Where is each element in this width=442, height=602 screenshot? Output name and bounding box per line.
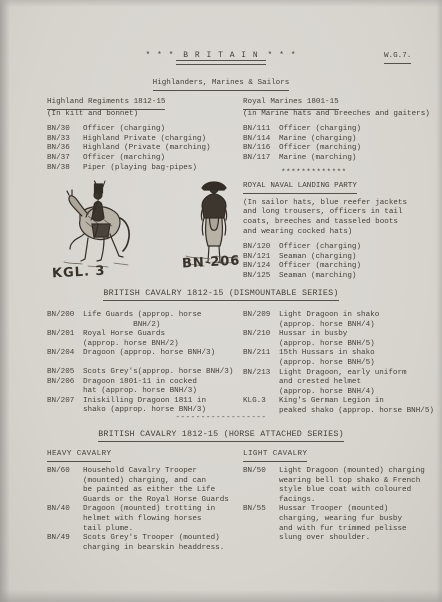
page-reference-code: W.G.7.: [384, 52, 411, 64]
item-code: BN/37: [47, 154, 79, 164]
item-code: BN/55: [243, 505, 275, 515]
page-edge-shadow-top: [0, 0, 442, 7]
item-code: BN/204: [47, 349, 79, 359]
light-cavalry-list: BN/50 Light Dragoon (mounted) charging w…: [243, 467, 442, 544]
page-title: * * * B R I T A I N * * *: [0, 51, 442, 61]
item-code: KLG.3: [243, 397, 275, 407]
section-title-text: Highland Regiments 1812-15: [47, 98, 165, 110]
list-item: BN/33 Highland Private (charging): [47, 135, 243, 145]
item-desc: Piper (playing bag-pipes): [83, 164, 243, 174]
item-desc: Highland Private (charging): [83, 135, 243, 145]
item-desc: Dragoon (mounted) trotting in helmet wit…: [83, 505, 247, 534]
list-item: BN/40 Dragoon (mounted) trotting in helm…: [47, 505, 247, 534]
list-item: BN/205 Scots Grey's(approp. horse BNH/3): [47, 368, 243, 378]
item-code: BN/116: [243, 144, 275, 154]
item-code: BN/38: [47, 164, 79, 174]
item-code: BN/207: [47, 397, 79, 407]
item-desc: Officer (charging): [83, 125, 243, 135]
item-desc: Officer (marching): [279, 144, 442, 154]
title-stars-left: * * *: [145, 51, 174, 60]
dash-separator: ------------------: [0, 414, 442, 424]
item-desc: Royal Horse Guards (approp. horse BNH/2): [83, 330, 243, 349]
item-desc: Dragoon 1801-11 in cocked hat (approp. h…: [83, 378, 243, 397]
scanned-catalog-page: * * * B R I T A I N * * * W.G.7. Highlan…: [0, 0, 442, 602]
item-code: BN/209: [243, 311, 275, 321]
item-desc: Scots Grey's(approp. horse BNH/3): [83, 368, 243, 378]
list-item: BN/121 Seaman (charging): [243, 253, 442, 263]
list-item: BN/37 Officer (marching): [47, 154, 243, 164]
item-code: BN/50: [243, 467, 275, 477]
list-item: BN/114 Marine (charging): [243, 135, 442, 145]
list-item: BN/213 Light Dragoon, early uniform and …: [243, 369, 442, 398]
item-desc: Officer (charging): [279, 125, 442, 135]
section-title: Royal Marines 1801-15: [243, 98, 442, 110]
section-heading-horse-attached: BRITISH CAVALRY 1812-15 (HORSE ATTACHED …: [0, 430, 442, 442]
section-royal-marines: Royal Marines 1801-15 (in Marine hats an…: [243, 98, 442, 282]
item-desc: Highland (Private (marching): [83, 144, 243, 154]
title-stars-right: * * *: [268, 51, 297, 60]
list-item: BN/200 Life Guards (approp. horse BNH/2): [47, 311, 243, 330]
list-item: BN/50 Light Dragoon (mounted) charging w…: [243, 467, 442, 505]
column-heading-text: LIGHT CAVALRY: [243, 450, 307, 462]
item-code: BN/211: [243, 349, 275, 359]
item-desc: Household Cavalry Trooper (mounted) char…: [83, 467, 247, 505]
item-code: BN/40: [47, 505, 79, 515]
list-item: BN/55 Hussar Trooper (mounted) charging,…: [243, 505, 442, 543]
section-title-text: ROYAL NAVAL LANDING PARTY: [243, 182, 357, 194]
page-subtitle: Highlanders, Marines & Sailors: [0, 79, 442, 91]
item-code: BN/213: [243, 369, 275, 379]
section-note: (in Marine hats and breeches and gaiters…: [243, 110, 442, 120]
cavalry-sketch-side-view: [58, 180, 158, 274]
list-item: BN/210 Hussar in busby (approp. horse BN…: [243, 330, 442, 349]
item-code: BN/210: [243, 330, 275, 340]
page-subtitle-text: Highlanders, Marines & Sailors: [153, 79, 290, 91]
item-code: BN/205: [47, 368, 79, 378]
item-desc: Light Dragoon in shako (approp. horse BN…: [279, 311, 442, 330]
item-code: BN/111: [243, 125, 275, 135]
dismountable-left-column: BN/200 Life Guards (approp. horse BNH/2)…: [47, 311, 243, 416]
item-desc: Light Dragoon (mounted) charging wearing…: [279, 467, 442, 505]
item-code: BN/117: [243, 154, 275, 164]
item-code: BN/30: [47, 125, 79, 135]
asterisk-separator: *************: [243, 169, 442, 179]
section-heading-text: BRITISH CAVALRY 1812-15 (DISMOUNTABLE SE…: [103, 289, 338, 301]
item-desc: Scots Grey's Trooper (mounted) charging …: [83, 534, 247, 553]
item-code: BN/60: [47, 467, 79, 477]
item-code: BN/200: [47, 311, 79, 321]
dismountable-right-column: BN/209 Light Dragoon in shako (approp. h…: [243, 311, 442, 417]
list-item: BN/125 Seaman (marching): [243, 272, 442, 282]
item-desc: Officer (marching): [279, 262, 442, 272]
list-item: BN/201 Royal Horse Guards (approp. horse…: [47, 330, 243, 349]
list-item: BN/206 Dragoon 1801-11 in cocked hat (ap…: [47, 378, 243, 397]
list-item: BN/36 Highland (Private (marching): [47, 144, 243, 154]
item-code: BN/114: [243, 135, 275, 145]
heavy-cavalry-list: BN/60 Household Cavalry Trooper (mounted…: [47, 467, 247, 553]
column-heading-light-cavalry: LIGHT CAVALRY: [243, 450, 307, 462]
handwritten-label-kgl3: KGL. 3: [52, 267, 106, 279]
title-text: B R I T A I N: [180, 51, 261, 61]
section-heading-text: BRITISH CAVALRY 1812-15 (HORSE ATTACHED …: [98, 430, 344, 442]
item-desc: Life Guards (approp. horse BNH/2): [83, 311, 243, 330]
item-desc: Hussar Trooper (mounted) charging, weari…: [279, 505, 442, 543]
column-heading-heavy-cavalry: HEAVY CAVALRY: [47, 450, 111, 462]
section-note: (In sailor hats, blue reefer jackets and…: [243, 199, 442, 237]
item-desc: Officer (charging): [279, 243, 442, 253]
item-desc: Seaman (charging): [279, 253, 442, 263]
list-item: BN/211 15th Hussars in shako (approp. ho…: [243, 349, 442, 368]
item-desc: Seaman (marching): [279, 272, 442, 282]
list-item: BN/111 Officer (charging): [243, 125, 442, 135]
item-code: BN/33: [47, 135, 79, 145]
section-title: Highland Regiments 1812-15: [47, 98, 243, 110]
list-item: BN/38 Piper (playing bag-pipes): [47, 164, 243, 174]
section-heading-dismountable: BRITISH CAVALRY 1812-15 (DISMOUNTABLE SE…: [0, 289, 442, 301]
section-title-text: Royal Marines 1801-15: [243, 98, 339, 110]
column-heading-text: HEAVY CAVALRY: [47, 450, 111, 462]
list-item: BN/117 Marine (marching): [243, 154, 442, 164]
item-code: BN/49: [47, 534, 79, 544]
list-item: BN/124 Officer (marching): [243, 262, 442, 272]
naval-item-list: BN/120 Officer (charging) BN/121 Seaman …: [243, 243, 442, 281]
item-code: BN/36: [47, 144, 79, 154]
section-title: ROYAL NAVAL LANDING PARTY: [243, 182, 442, 194]
list-item: BN/49 Scots Grey's Trooper (mounted) cha…: [47, 534, 247, 553]
list-item: BN/30 Officer (charging): [47, 125, 243, 135]
section-note: (In kilt and bonnet): [47, 110, 243, 120]
item-code: BN/201: [47, 330, 79, 340]
list-item: BN/204 Dragoon (approp. horse BNH/3): [47, 349, 243, 359]
item-code: BN/206: [47, 378, 79, 388]
item-desc: Marine (charging): [279, 135, 442, 145]
item-desc: Marine (marching): [279, 154, 442, 164]
list-item: BN/209 Light Dragoon in shako (approp. h…: [243, 311, 442, 330]
item-desc: Officer (marching): [83, 154, 243, 164]
list-item: BN/120 Officer (charging): [243, 243, 442, 253]
item-desc: Dragoon (approp. horse BNH/3): [83, 349, 243, 359]
item-desc: Hussar in busby (approp. horse BNH/5): [279, 330, 442, 349]
handwritten-label-bn206: BN 206: [182, 256, 241, 269]
item-desc: Light Dragoon, early uniform and crested…: [279, 369, 442, 398]
item-desc: 15th Hussars in shako (approp. horse BNH…: [279, 349, 442, 368]
section-highland-regiments: Highland Regiments 1812-15 (In kilt and …: [47, 98, 243, 173]
list-item: BN/60 Household Cavalry Trooper (mounted…: [47, 467, 247, 505]
list-item: BN/116 Officer (marching): [243, 144, 442, 154]
page-edge-shadow-bottom: [0, 590, 442, 602]
illustration-area: KGL. 3 BN 206: [40, 176, 250, 294]
